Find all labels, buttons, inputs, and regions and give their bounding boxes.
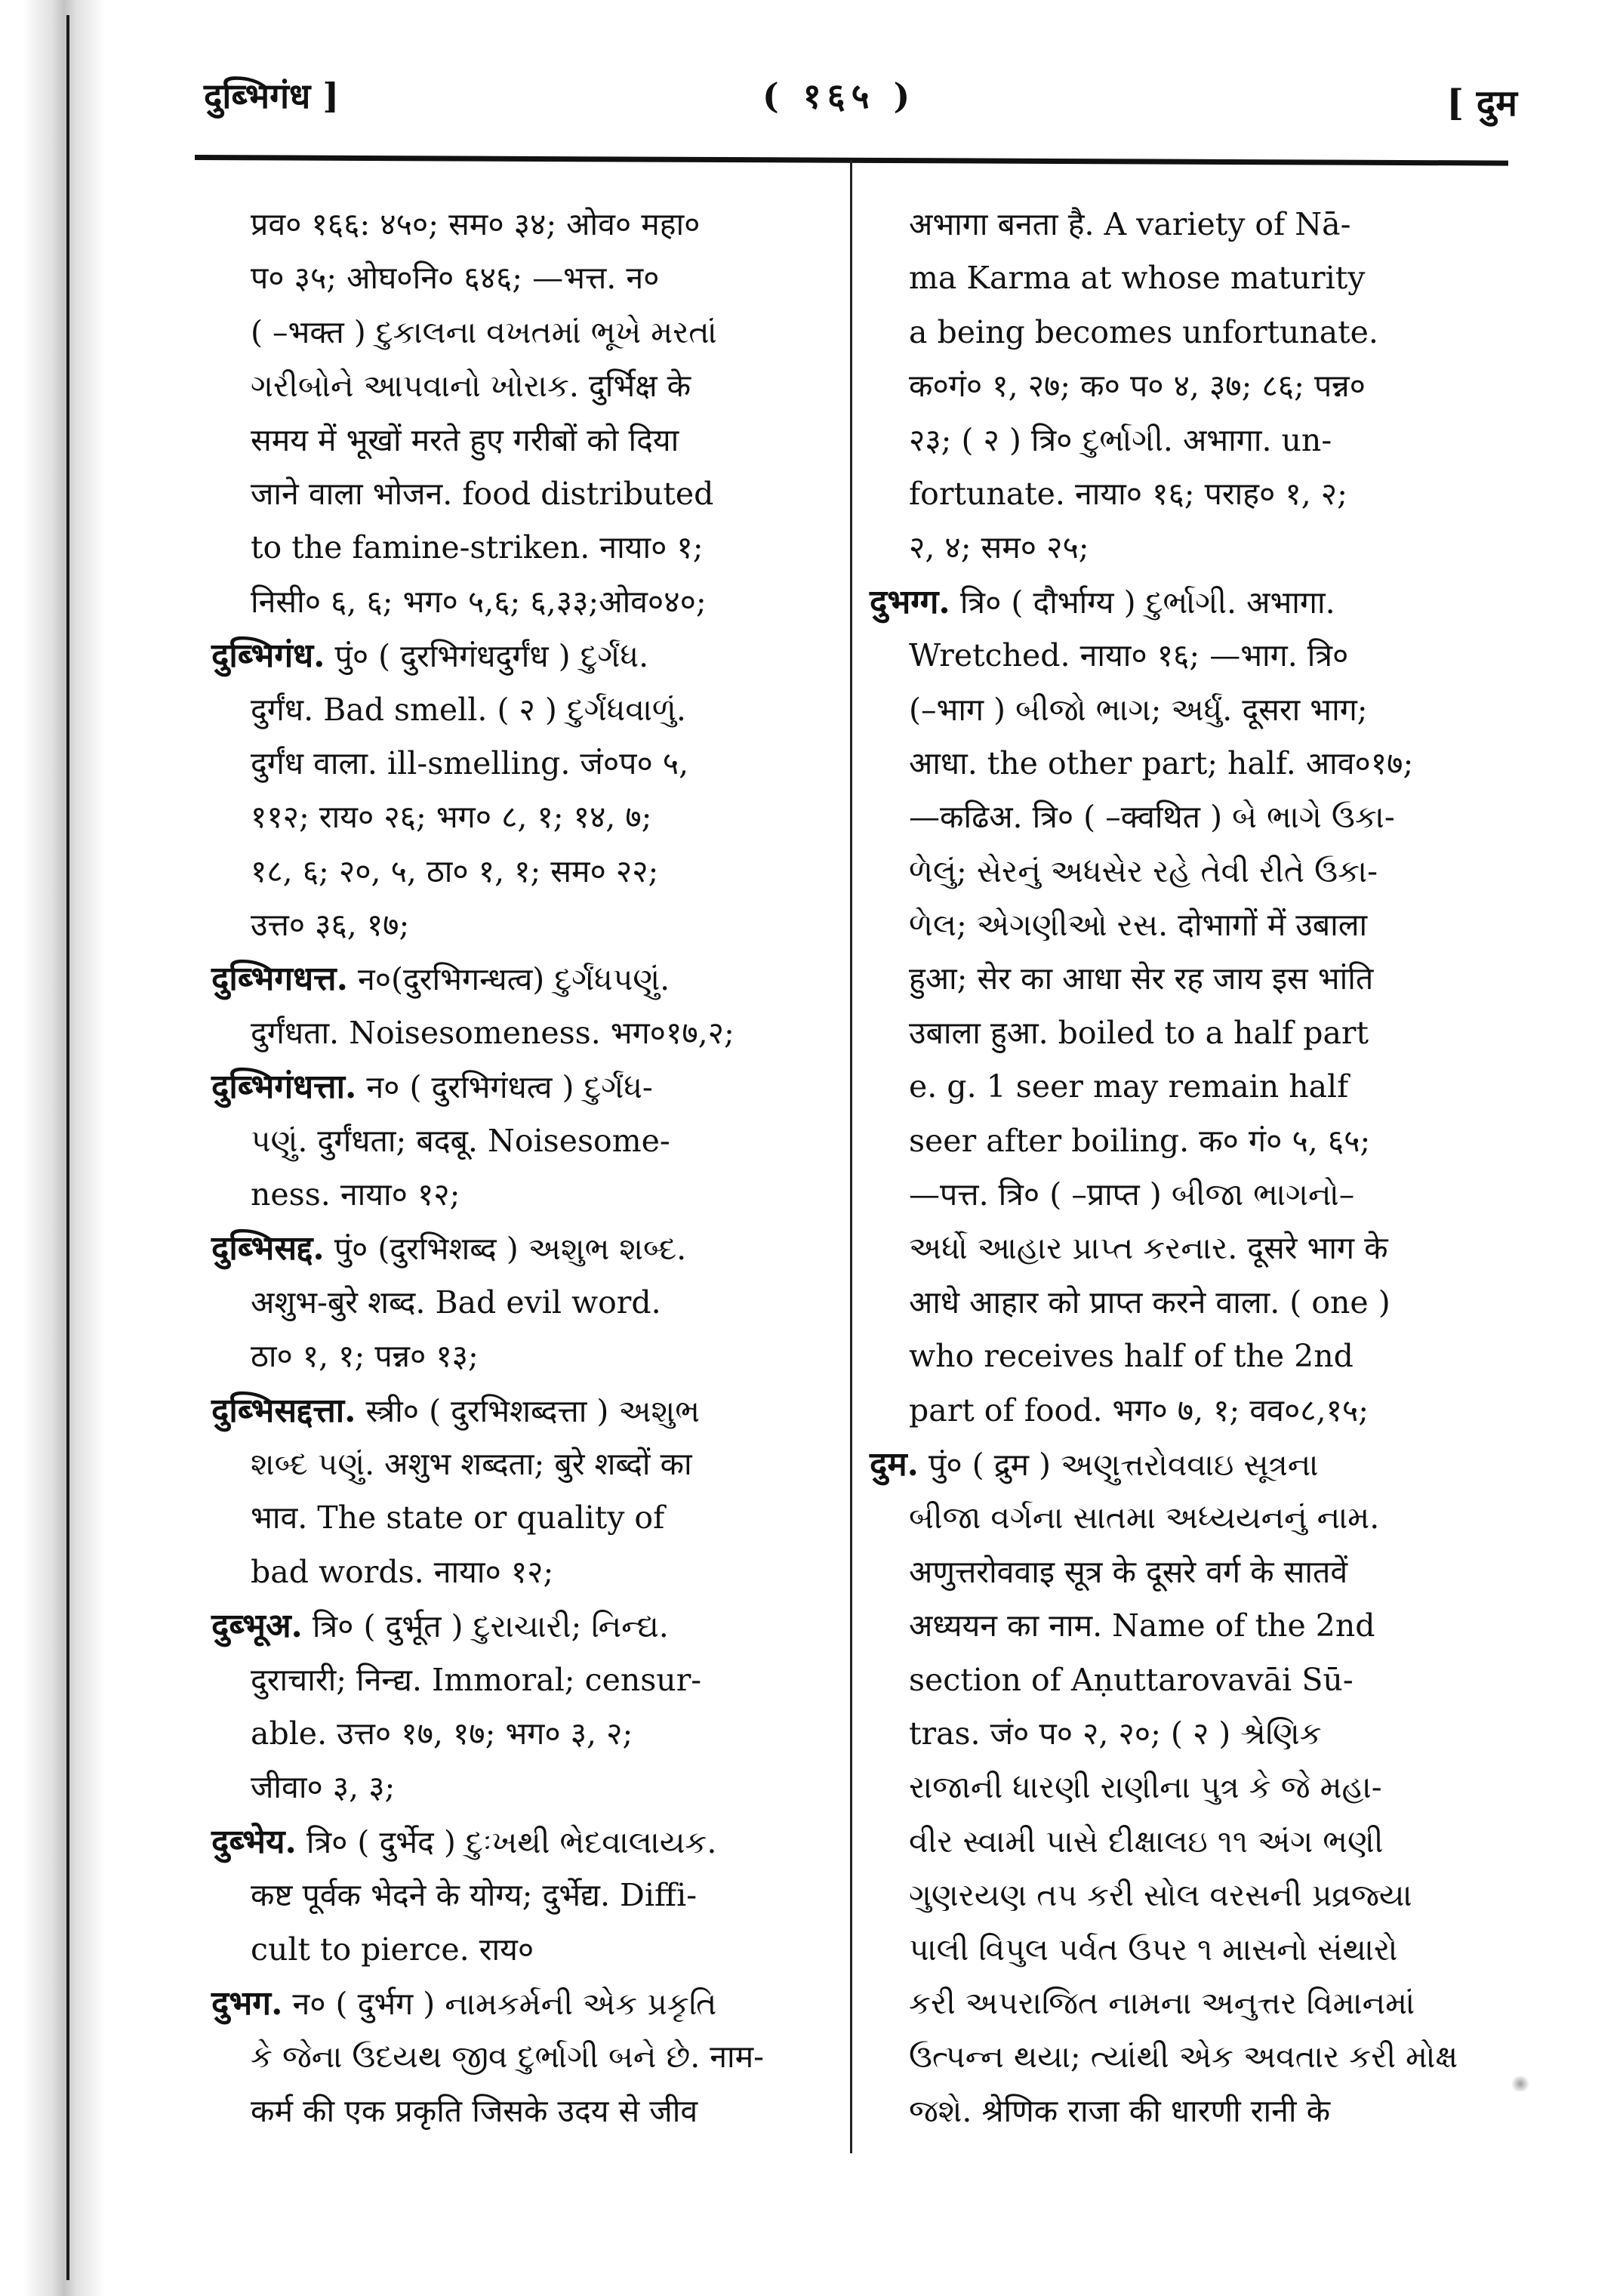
dictionary-entry-headline: दुब्भिगंध. पुं० ( दुरभिगंधदुर्गंध ) દુર્… <box>211 629 830 683</box>
entry-text: tras. जं० प० २, २०; ( २ ) શ્રેણિક <box>909 1715 1322 1752</box>
dictionary-entry-line: अणुत्तरोववाइ सूत्र के दूसरे वर्ग के सातव… <box>870 1546 1504 1599</box>
entry-text: ( –भक्त ) દુકાલના વખતમાં ભૂખે મરતાં <box>251 314 717 350</box>
entry-headword: दुभग. <box>211 1984 282 2023</box>
dictionary-entry-line: fortunate. नाया० १६; पराह० १, २; <box>870 467 1504 521</box>
dictionary-entry-line: to the famine-striken. नाया० १; <box>211 521 830 575</box>
dictionary-entry-line: ठा० १, १; पन्न० १३; <box>211 1330 830 1383</box>
entry-text: प्रव० १६६: ४५०; सम० ३४; ओव० महा० <box>251 206 700 242</box>
entry-text: कष्ट पूर्वक भेदने के योग्य; दुर्भेद्य. D… <box>251 1877 697 1913</box>
dictionary-entry-line: a being becomes unfortunate. <box>870 306 1504 359</box>
dictionary-entry-line: प० ३५; ओघ०नि० ६४६; —भत्त. न० <box>211 251 830 305</box>
dictionary-entry-headline: दुब्भिगंधत्ता. न० ( दुरभिगंधत्व ) દુર્ગં… <box>211 1060 830 1114</box>
dictionary-entry-line: १८, ६; २०, ५, ठा० १, १; सम० २२; <box>211 845 830 898</box>
dictionary-entry-line: બીજા વર્ગના સાતમા અધ્યયનનું નામ. <box>870 1491 1504 1545</box>
dictionary-entry-line: अध्ययन का नाम. Name of the 2nd <box>870 1599 1504 1653</box>
entry-text: fortunate. नाया० १६; पराह० १, २; <box>909 476 1347 512</box>
entry-text: પણું. दुर्गंधता; बदबू. Noisesome- <box>251 1123 670 1159</box>
dictionary-entry-line: કે જેના ઉદયથ જીવ દુર્ભાગી બને છે. नाम- <box>211 2030 830 2084</box>
dictionary-entry-line: (–भाग ) બીજો ભાગ; અર્ધું. दूसरा भाग; <box>870 683 1504 737</box>
entry-text: त्रि० ( दुर्भूत ) દુરાચારી; નિન્દ્ય. <box>313 1608 669 1644</box>
dictionary-entry-line: ( –भक्त ) દુકાલના વખતમાં ભૂખે મરતાં <box>211 306 830 359</box>
dictionary-entry-line: हुआ; सेर का आधा सेर रह जाय इस भांति <box>870 952 1504 1006</box>
entry-text: आधा. the other part; half. आव०१७; <box>909 745 1413 781</box>
entry-text: ળેલું; સેરનું અધસેર રહે તેવી રીતે ઉકા- <box>909 853 1378 889</box>
dictionary-entry-line: भाव. The state or quality of <box>211 1491 830 1545</box>
entry-text: પાલી વિપુલ પર્વત ઉપર ૧ માસનો સંથારો <box>909 1931 1397 1968</box>
entry-text: ગુણરયણ તપ કરી સોલ વરસની પ્રવ્રજ્યા <box>909 1877 1412 1913</box>
entry-headword: दुब्भिसद्दत्ता. <box>211 1391 356 1430</box>
dictionary-entry-line: ma Karma at whose maturity <box>870 251 1504 305</box>
entry-text: who receives half of the 2nd <box>909 1338 1354 1374</box>
entry-text: त्रि० ( दौर्भाग्य ) દુર્ભાગી. अभागा. <box>960 584 1335 621</box>
entry-text: ११२; राय० २६; भग० ८, १; १४, ७; <box>251 799 651 835</box>
entry-headword: दुब्भिगंधत्ता. <box>211 1068 356 1106</box>
dictionary-entry-line: —पत्त. त्रि० ( –प्राप्त ) બીજા ભાગનો– <box>870 1168 1504 1222</box>
dictionary-entry-line: ઉત્પન્ન થયા; ત્યાંથી એક અવતાર કરી મોક્ષ <box>870 2030 1504 2084</box>
entry-text: स्त्री० ( दुरभिशब्दत्ता ) અશુભ <box>366 1393 701 1429</box>
entry-text: निसी० ६, ६; भग० ५,६; ६,३३;ओव०४०; <box>251 584 707 620</box>
dictionary-entry-line: २, ४; सम० २५; <box>870 521 1504 575</box>
dictionary-entry-line: आधा. the other part; half. आव०१७; <box>870 737 1504 791</box>
entry-text: उत्त० ३६, १७; <box>251 907 409 943</box>
dictionary-entry-line: जीवा० ३, ३; <box>211 1761 830 1814</box>
dictionary-entry-line: section of Aṇuttarovavāi Sū- <box>870 1653 1504 1707</box>
entry-text: त्रि० ( दुर्भेद ) દુઃખથી ભેદવાલાયક. <box>306 1824 717 1860</box>
entry-text: अभागा बनता है. A variety of Nā- <box>909 206 1350 242</box>
entry-text: part of food. भग० ७, १; वव०८,१५; <box>909 1392 1369 1428</box>
entry-headword: दुब्भिसद्द. <box>211 1229 325 1268</box>
dictionary-entry-line: શબ્દ પણું. अशुभ शब्दता; बुरे शब्दों का <box>211 1438 830 1491</box>
entry-headword: दुब्भेय. <box>211 1823 297 1861</box>
right-column: अभागा बनता है. A variety of Nā-ma Karma … <box>870 198 1504 2138</box>
entry-text: Wretched. नाया० १६; —भाग. त्रि० <box>909 637 1348 673</box>
dictionary-entry-line: અર્ધો આહાર પ્રાપ્ત કરનાર. दूसरे भाग के <box>870 1222 1504 1275</box>
dictionary-entry-line: કરી અપરાજિત નામના અનુત્તર વિમાનમાં <box>870 1977 1504 2030</box>
entry-text: e. g. 1 seer may remain half <box>909 1068 1348 1105</box>
entry-text: વીર સ્વામી પાસે દીક્ષાલઇ ૧૧ અંગ ભણી <box>909 1823 1384 1860</box>
dictionary-entry-headline: दुभग्ग. त्रि० ( दौर्भाग्य ) દુર્ભાગી. अभ… <box>870 575 1504 629</box>
dictionary-entry-line: उबाला हुआ. boiled to a half part <box>870 1006 1504 1060</box>
entry-headword: दुम. <box>870 1445 919 1484</box>
entry-text: न० ( दुरभिगंधत्व ) દુર્ગંધ- <box>366 1069 652 1105</box>
dictionary-entry-line: cult to pierce. राय० <box>211 1923 830 1977</box>
entry-text: प० ३५; ओघ०नि० ६४६; —भत्त. न० <box>251 260 659 296</box>
entry-text: અર્ધો આહાર પ્રાપ્ત કરનાર. दूसरे भाग के <box>909 1230 1388 1266</box>
dictionary-entry-line: ળેલ; એગણીઓ રસ. दोभागों में उबाला <box>870 898 1504 952</box>
entry-text: bad words. नाया० १२; <box>251 1554 553 1590</box>
entry-text: दुराचारी; निन्द्य. Immoral; censur- <box>251 1662 701 1698</box>
entry-text: ઉત્પન્ન થયા; ત્યાંથી એક અવતાર કરી મોક્ષ <box>909 2039 1458 2075</box>
entry-text: કરી અપરાજિત નામના અનુત્તર વિમાનમાં <box>909 1985 1415 2021</box>
dictionary-entry-line: दुर्गंधता. Noisesomeness. भग०१७,२; <box>211 1006 830 1060</box>
entry-text: જશે. श्रेणिक राजा की धारणी रानी के <box>909 2093 1330 2129</box>
entry-text: २, ४; सम० २५; <box>909 529 1089 566</box>
dictionary-entry-line: निसी० ६, ६; भग० ५,६; ६,३३;ओव०४०; <box>211 575 830 629</box>
entry-text: भाव. The state or quality of <box>251 1499 664 1536</box>
entry-headword: दुब्भूअ. <box>211 1607 303 1645</box>
entry-text: to the famine-striken. नाया० १; <box>251 529 704 566</box>
entry-text: able. उत्त० १७, १७; भग० ३, २; <box>251 1715 633 1752</box>
page-number: ( १६५ ) <box>762 72 916 119</box>
dictionary-entry-headline: दुब्भिसद्द. पुं० (दुरभिशब्द ) અશુભ શબ્દ. <box>211 1222 830 1275</box>
dictionary-entry-line: ગુણરયણ તપ કરી સોલ વરસની પ્રવ્રજ્યા <box>870 1869 1504 1922</box>
entry-text: a being becomes unfortunate. <box>909 314 1378 350</box>
page-header: दुब्भिगंध ] ( १६५ ) [ दुम <box>204 72 1517 132</box>
entry-text: ठा० १, १; पन्न० १३; <box>251 1338 479 1374</box>
dictionary-entry-headline: दुभग. न० ( दुर्भग ) નામકર્મની એક પ્રકૃતિ <box>211 1977 830 2030</box>
scan-binding-shadow <box>23 0 106 2296</box>
dictionary-entry-headline: दुब्भूअ. त्रि० ( दुर्भूत ) દુરાચારી; નિન… <box>211 1599 830 1653</box>
entry-text: उबाला हुआ. boiled to a half part <box>909 1015 1369 1051</box>
dictionary-entry-line: ness. नाया० १२; <box>211 1168 830 1222</box>
dictionary-entry-line: दुर्गंध. Bad smell. ( २ ) દુર્ગંધવાળું. <box>211 683 830 737</box>
dictionary-entry-line: कष्ट पूर्वक भेदने के योग्य; दुर्भेद्य. D… <box>211 1869 830 1922</box>
dictionary-entry-headline: दुब्भिसद्दत्ता. स्त्री० ( दुरभिशब्दत्ता … <box>211 1384 830 1438</box>
dictionary-entry-line: bad words. नाया० १२; <box>211 1546 830 1599</box>
dictionary-entry-headline: दुब्भेय. त्रि० ( दुर्भेद ) દુઃખથી ભેદવાલ… <box>211 1815 830 1869</box>
dictionary-entry-line: दुर्गंध वाला. ill-smelling. जं०प० ५, <box>211 737 830 791</box>
dictionary-entry-headline: दुब्भिगधत्त. न०(दुरभिगन्धत्व) દુર્ગંધપણુ… <box>211 952 830 1006</box>
dictionary-entry-line: ગરીબોને આપવાનો ખોરાક. दुर्भिक्ष के <box>211 359 830 413</box>
dictionary-entry-line: प्रव० १६६: ४५०; सम० ३४; ओव० महा० <box>211 198 830 251</box>
entry-text: न० ( दुर्भग ) નામકર્મની એક પ્રકૃતિ <box>292 1986 716 2022</box>
dictionary-entry-line: who receives half of the 2nd <box>870 1330 1504 1383</box>
entry-text: કે જેના ઉદયથ જીવ દુર્ભાગી બને છે. नाम- <box>251 2039 764 2075</box>
dictionary-entry-headline: दुम. पुं० ( द्रुम ) અણુત્તરોવવાઇ સૂત્રના <box>870 1438 1504 1491</box>
dictionary-entry-line: २३; ( २ ) त्रि० દુર્ભાગી. अभागा. un- <box>870 414 1504 467</box>
entry-text: ness. नाया० १२; <box>251 1176 460 1213</box>
dictionary-entry-line: आधे आहार को प्राप्त करने वाला. ( one ) <box>870 1276 1504 1330</box>
dictionary-entry-line: —कढिअ. त्रि० ( –क्वथित ) બે ભાગે ઉકા- <box>870 791 1504 844</box>
dictionary-entry-line: tras. जं० प० २, २०; ( २ ) શ્રેણિક <box>870 1707 1504 1761</box>
entry-text: શબ્દ પણું. अशुभ शब्दता; बुरे शब्दों का <box>251 1446 692 1482</box>
entry-text: —कढिअ. त्रि० ( –क्वथित ) બે ભાગે ઉકા- <box>909 799 1395 835</box>
dictionary-entry-line: क०गं० १, २७; क० प० ४, ३७; ८६; पन्न० <box>870 359 1504 413</box>
dictionary-entry-line: seer after boiling. क० गं० ५, ६५; <box>870 1114 1504 1168</box>
entry-text: अणुत्तरोववाइ सूत्र के दूसरे वर्ग के सातव… <box>909 1554 1347 1590</box>
dictionary-entry-line: अभागा बनता है. A variety of Nā- <box>870 198 1504 251</box>
entry-headword: दुब्भिगधत्त. <box>211 960 348 998</box>
column-divider <box>850 160 852 2153</box>
entry-text: (–भाग ) બીજો ભાગ; અર્ધું. दूसरा भाग; <box>909 692 1368 728</box>
dictionary-entry-line: પણું. दुर्गंधता; बदबू. Noisesome- <box>211 1114 830 1168</box>
entry-text: seer after boiling. क० गं० ५, ६५; <box>909 1123 1370 1159</box>
entry-text: पुं० ( द्रुम ) અણુત્તરોવવાઇ સૂત્રના <box>929 1447 1318 1483</box>
dictionary-entry-line: दुराचारी; निन्द्य. Immoral; censur- <box>211 1653 830 1707</box>
entry-text: पुं० ( दुरभिगंधदुर्गंध ) દુર્ગંધ. <box>335 638 649 674</box>
entry-text: क०गं० १, २७; क० प० ४, ३७; ८६; पन्न० <box>909 368 1366 404</box>
dictionary-entry-line: e. g. 1 seer may remain half <box>870 1060 1504 1114</box>
entry-text: २३; ( २ ) त्रि० દુર્ભાગી. अभागा. un- <box>909 422 1332 458</box>
scan-binding-edge <box>66 15 69 2280</box>
entry-text: दुर्गंधता. Noisesomeness. भग०१७,२; <box>251 1015 735 1051</box>
dictionary-entry-line: उत्त० ३६, १७; <box>211 898 830 952</box>
dictionary-entry-line: कर्म की एक प्रकृति जिसके उदय से जीव <box>211 2085 830 2138</box>
entry-text: રાજાની ધારણી રાણીના પુત્ર કે જે મહા- <box>909 1769 1382 1805</box>
entry-text: जाने वाला भोजन. food distributed <box>251 476 713 512</box>
dictionary-entry-line: जाने वाला भोजन. food distributed <box>211 467 830 521</box>
entry-text: section of Aṇuttarovavāi Sū- <box>909 1662 1354 1698</box>
entry-headword: दुब्भिगंध. <box>211 636 325 675</box>
entry-text: अध्ययन का नाम. Name of the 2nd <box>909 1607 1375 1644</box>
dictionary-entry-line: રાજાની ધારણી રાણીના પુત્ર કે જે મહા- <box>870 1761 1504 1814</box>
dictionary-entry-line: પાલી વિપુલ પર્વત ઉપર ૧ માસનો સંથારો <box>870 1923 1504 1977</box>
dictionary-entry-line: વીર સ્વામી પાસે દીક્ષાલઇ ૧૧ અંગ ભણી <box>870 1815 1504 1869</box>
entry-text: आधे आहार को प्राप्त करने वाला. ( one ) <box>909 1284 1390 1321</box>
entry-text: अशुभ-बुरे शब्द. Bad evil word. <box>251 1284 661 1321</box>
dictionary-entry-line: ११२; राय० २६; भग० ८, १; १४, ७; <box>211 791 830 844</box>
dictionary-entry-line: ળેલું; સેરનું અધસેર રહે તેવી રીતે ઉકા- <box>870 845 1504 898</box>
left-column: प्रव० १६६: ४५०; सम० ३४; ओव० महा०प० ३५; ओ… <box>211 198 830 2138</box>
dictionary-entry-line: अशुभ-बुरे शब्द. Bad evil word. <box>211 1276 830 1330</box>
entry-text: पुं० (दुरभिशब्द ) અશુભ શબ્દ. <box>334 1231 686 1267</box>
right-guide-word: [ दुम <box>1446 78 1517 127</box>
entry-text: ma Karma at whose maturity <box>909 260 1365 296</box>
dictionary-entry-line: Wretched. नाया० १६; —भाग. त्रि० <box>870 629 1504 683</box>
entry-text: न०(दुरभिगन्धत्व) દુર્ગંધપણું. <box>358 961 670 997</box>
entry-text: cult to pierce. राय० <box>251 1931 534 1968</box>
dictionary-entry-line: able. उत्त० १७, १७; भग० ३, २; <box>211 1707 830 1761</box>
entry-text: समय में भूखों मरते हुए गरीबों को दिया <box>251 422 679 458</box>
scan-speck <box>1510 2076 1531 2091</box>
entry-text: ળેલ; એગણીઓ રસ. दोभागों में उबाला <box>909 907 1367 943</box>
entry-headword: दुभग्ग. <box>870 583 950 621</box>
entry-text: ગરીબોને આપવાનો ખોરાક. दुर्भिक्ष के <box>251 368 691 404</box>
entry-text: हुआ; सेर का आधा सेर रह जाय इस भांति <box>909 960 1373 997</box>
dictionary-entry-line: समय में भूखों मरते हुए गरीबों को दिया <box>211 414 830 467</box>
left-guide-word: दुब्भिगंध ] <box>204 72 339 119</box>
dictionary-entry-line: જશે. श्रेणिक राजा की धारणी रानी के <box>870 2085 1504 2138</box>
entry-text: कर्म की एक प्रकृति जिसके उदय से जीव <box>251 2093 698 2129</box>
entry-text: બીજા વર્ગના સાતમા અધ્યયનનું નામ. <box>909 1499 1379 1536</box>
entry-text: दुर्गंध. Bad smell. ( २ ) દુર્ગંધવાળું. <box>251 692 686 728</box>
dictionary-entry-line: part of food. भग० ७, १; वव०८,१५; <box>870 1384 1504 1438</box>
entry-text: दुर्गंध वाला. ill-smelling. जं०प० ५, <box>251 745 688 781</box>
entry-text: १८, ६; २०, ५, ठा० १, १; सम० २२; <box>251 853 658 889</box>
entry-text: —पत्त. त्रि० ( –प्राप्त ) બીજા ભાગનો– <box>909 1176 1354 1213</box>
entry-text: जीवा० ३, ३; <box>251 1769 395 1805</box>
